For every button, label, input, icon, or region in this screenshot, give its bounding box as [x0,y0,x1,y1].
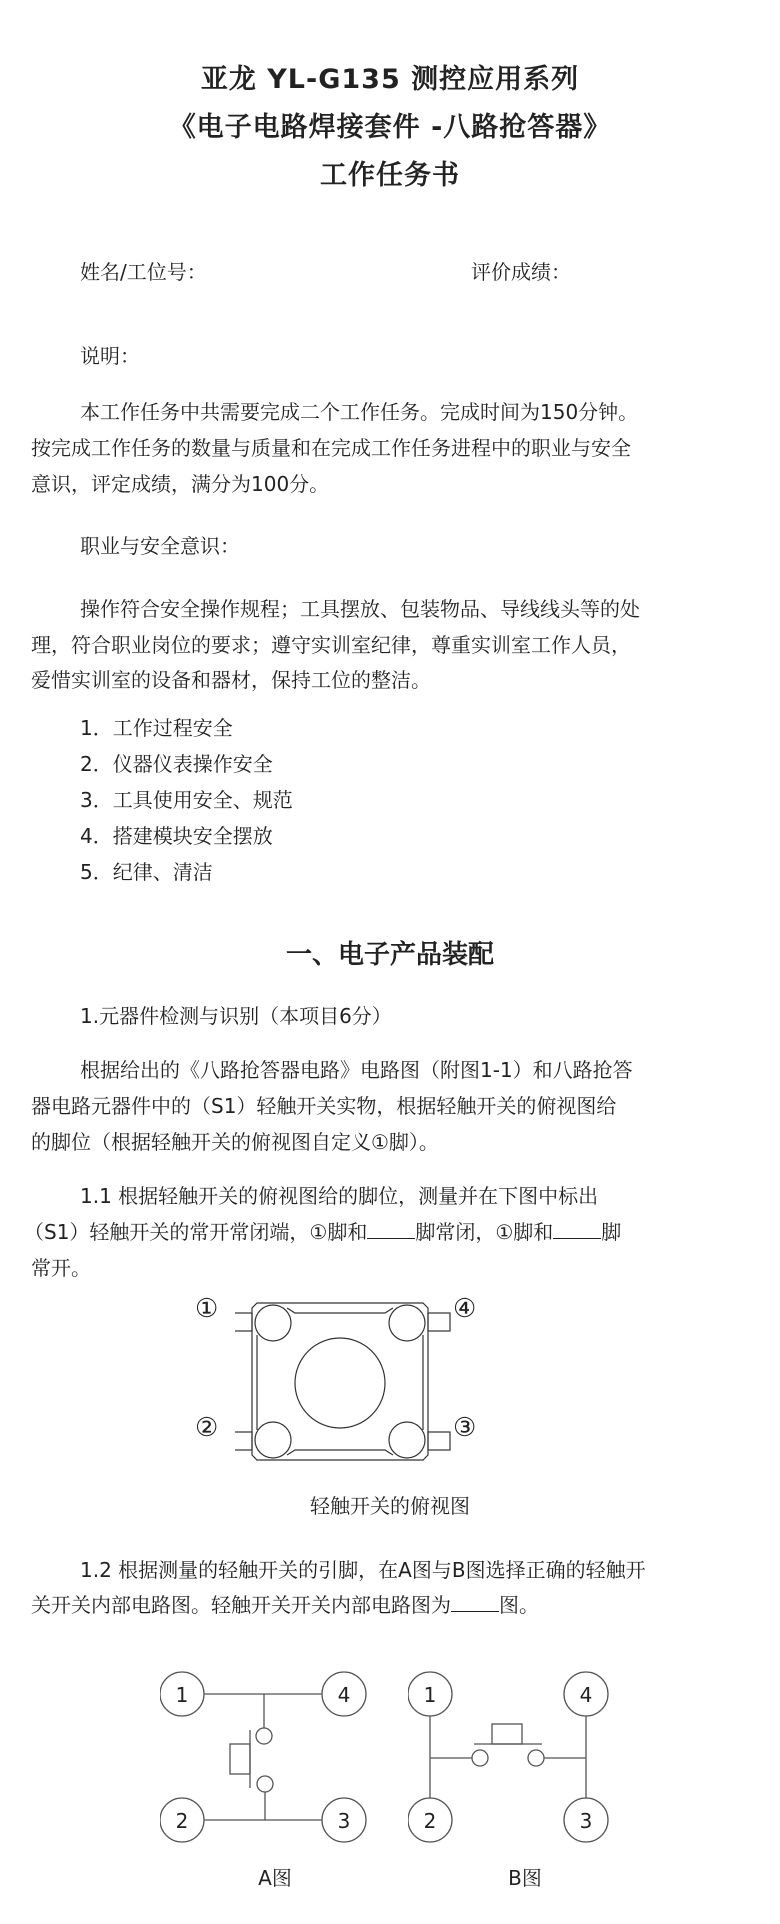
score-field-label: 评价成绩： [471,254,571,290]
diagram-a-caption: A图 [230,1862,320,1891]
question-1-2-line: 1.2 根据测量的轻触开关的引脚，在A图与B图选择正确的轻触开 [80,1552,646,1588]
diagram-b-pin-4: 4 [564,1683,608,1707]
answer-blank-diagram[interactable] [451,1591,499,1612]
question-text: 脚常闭，①脚和 [415,1220,553,1244]
top-view-caption: 轻触开关的俯视图 [0,1490,780,1519]
diagram-a-pin-1: 1 [160,1683,204,1707]
pin-label-1: ① [195,1294,218,1324]
safety-label: 职业与安全意识： [80,528,240,564]
question-1-1-line: （S1）轻触开关的常开常闭端，①脚和脚常闭，①脚和脚 [24,1214,621,1250]
doc-title-line1: 亚龙 YL-G135 测控应用系列 [0,56,780,104]
safety-list-item: 5．纪律、清洁 [80,854,213,890]
instructions-line: 按完成工作任务的数量与质量和在完成工作任务进程中的职业与安全 [31,430,631,466]
question-1-1-line: 1.1 根据轻触开关的俯视图给的脚位，测量并在下图中标出 [80,1178,598,1214]
switch-top-view-figure: ① ② ③ ④ [235,1295,555,1465]
diagram-a-pin-2: 2 [160,1809,204,1833]
pin-label-4: ④ [453,1294,476,1324]
diagram-b-pin-2: 2 [408,1809,452,1833]
question-1-1-line: 常开。 [31,1250,91,1286]
instructions-line: 本工作任务中共需要完成二个工作任务。完成时间为150分钟。 [80,394,638,430]
instructions-label: 说明： [80,338,140,374]
circuit-diagram-a: 1 4 2 3 [160,1670,380,1845]
question-1-2-line: 关开关内部电路图。轻触开关开关内部电路图为图。 [31,1587,539,1623]
doc-title-line3: 工作任务书 [0,152,780,200]
subsection-line: 的脚位（根据轻触开关的俯视图自定义①脚）。 [31,1124,439,1160]
section-heading: 一、电子产品装配 [0,934,780,971]
question-text: 关开关内部电路图。轻触开关开关内部电路图为 [31,1593,451,1617]
safety-line: 操作符合安全操作规程；工具摆放、包装物品、导线线头等的处 [80,591,640,627]
safety-list-item: 4．搭建模块安全摆放 [80,818,273,854]
answer-blank-closed[interactable] [367,1218,415,1239]
question-text: 图。 [499,1593,539,1617]
safety-line: 理，符合职业岗位的要求；遵守实训室纪律，尊重实训室工作人员， [31,627,631,663]
safety-list-item: 3．工具使用安全、规范 [80,782,293,818]
diagram-a-pin-4: 4 [322,1683,366,1707]
diagram-b-pin-3: 3 [564,1809,608,1833]
safety-list-item: 2．仪器仪表操作安全 [80,746,273,782]
safety-line: 爱惜实训室的设备和器材，保持工位的整洁。 [31,662,431,698]
safety-list-item: 1．工作过程安全 [80,710,233,746]
diagram-a-pin-3: 3 [322,1809,366,1833]
name-field-label: 姓名/工位号： [80,254,207,290]
doc-title-line2: 《电子电路焊接套件 -八路抢答器》 [0,104,780,152]
subsection-title: 1.元器件检测与识别（本项目6分） [80,998,392,1034]
question-text: 脚 [601,1220,621,1244]
pin-label-2: ② [195,1413,218,1443]
switch-top-view-drawing [235,1295,555,1465]
subsection-line: 根据给出的《八路抢答器电路》电路图（附图1-1）和八路抢答 [80,1052,633,1088]
question-text: （S1）轻触开关的常开常闭端，①脚和 [24,1220,367,1244]
circuit-diagram-b: 1 4 2 3 [408,1670,628,1845]
diagram-b-pin-1: 1 [408,1683,452,1707]
pin-label-3: ③ [453,1413,476,1443]
instructions-line: 意识，评定成绩，满分为100分。 [31,466,329,502]
diagram-b-caption: B图 [480,1862,570,1891]
answer-blank-open[interactable] [553,1218,601,1239]
subsection-line: 器电路元器件中的（S1）轻触开关实物，根据轻触开关的俯视图给 [31,1088,616,1124]
